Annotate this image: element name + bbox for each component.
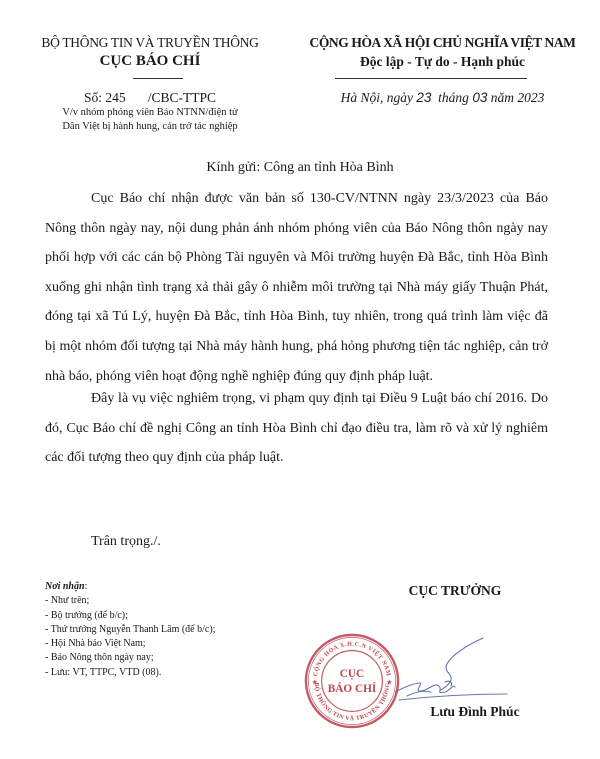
- recipient-line: Kính gửi: Công an tỉnh Hòa Bình: [0, 160, 600, 176]
- header-left-divider: [133, 78, 183, 79]
- cc-list: Nơi nhận: - Như trên; - Bộ trưởng (để b/…: [45, 580, 215, 680]
- official-stamp-icon: CỘNG HÒA X.H.C.N VIỆT NAM BỘ THÔNG TIN V…: [303, 632, 401, 730]
- signer-name: Lưu Đình Phúc: [405, 704, 545, 720]
- document-date: Hà Nội, ngày 23 tháng 03 năm 2023: [290, 90, 595, 106]
- svg-text:★: ★: [387, 679, 393, 686]
- cc-item: - Như trên;: [45, 594, 215, 608]
- cc-item: - Lưu: VT, TTPC, VTD (08).: [45, 666, 215, 680]
- date-day: 23: [416, 90, 431, 105]
- paragraph-text: Đây là vụ việc nghiêm trọng, vi phạm quy…: [45, 384, 548, 473]
- document-number: Số: 245/CBC-TTPC: [20, 90, 280, 106]
- cc-item: - Bộ trưởng (để b/c);: [45, 609, 215, 623]
- cc-title: Nơi nhận:: [45, 580, 215, 594]
- national-title: CỘNG HÒA XÃ HỘI CHỦ NGHĨA VIỆT NAM: [290, 35, 595, 51]
- header-right-divider: [335, 78, 527, 79]
- svg-text:★: ★: [312, 679, 318, 686]
- cc-item: - Hội Nhà báo Việt Nam;: [45, 637, 215, 651]
- cc-item: - Thứ trưởng Nguyễn Thanh Lâm (để b/c);: [45, 623, 215, 637]
- date-place: Hà Nội, ngày: [341, 90, 413, 105]
- stamp-center-line-1: CỤC: [340, 668, 364, 680]
- stamp-center-line-2: BÁO CHÍ: [328, 683, 377, 695]
- closing-salutation: Trân trọng./.: [91, 534, 161, 550]
- document-subject: V/v nhóm phóng viên Báo NTNN/điện tử Dân…: [20, 106, 280, 134]
- ministry-name: BỘ THÔNG TIN VÀ TRUYỀN THÔNG: [20, 35, 280, 51]
- date-month-label: tháng: [438, 90, 469, 105]
- date-year: năm 2023: [491, 90, 545, 105]
- handwritten-signature-icon: [395, 630, 515, 710]
- department-name: CỤC BÁO CHÍ: [20, 53, 280, 70]
- signer-title: CỤC TRƯỞNG: [380, 583, 530, 599]
- subject-line-1: V/v nhóm phóng viên Báo NTNN/điện tử: [20, 106, 280, 120]
- date-month: 03: [472, 90, 487, 105]
- document-number-suffix: /CBC-TTPC: [148, 90, 216, 105]
- subject-line-2: Dân Việt bị hành hung, cản trở tác nghiệ…: [20, 120, 280, 134]
- body-paragraph-1: Cục Báo chí nhận được văn bản số 130-CV/…: [45, 184, 548, 391]
- cc-item: - Báo Nông thôn ngày nay;: [45, 651, 215, 665]
- body-paragraph-2: Đây là vụ việc nghiêm trọng, vi phạm quy…: [45, 384, 548, 473]
- paragraph-text: Cục Báo chí nhận được văn bản số 130-CV/…: [45, 184, 548, 391]
- document-number-prefix: Số: 245: [84, 90, 126, 105]
- national-motto: Độc lập - Tự do - Hạnh phúc: [290, 54, 595, 70]
